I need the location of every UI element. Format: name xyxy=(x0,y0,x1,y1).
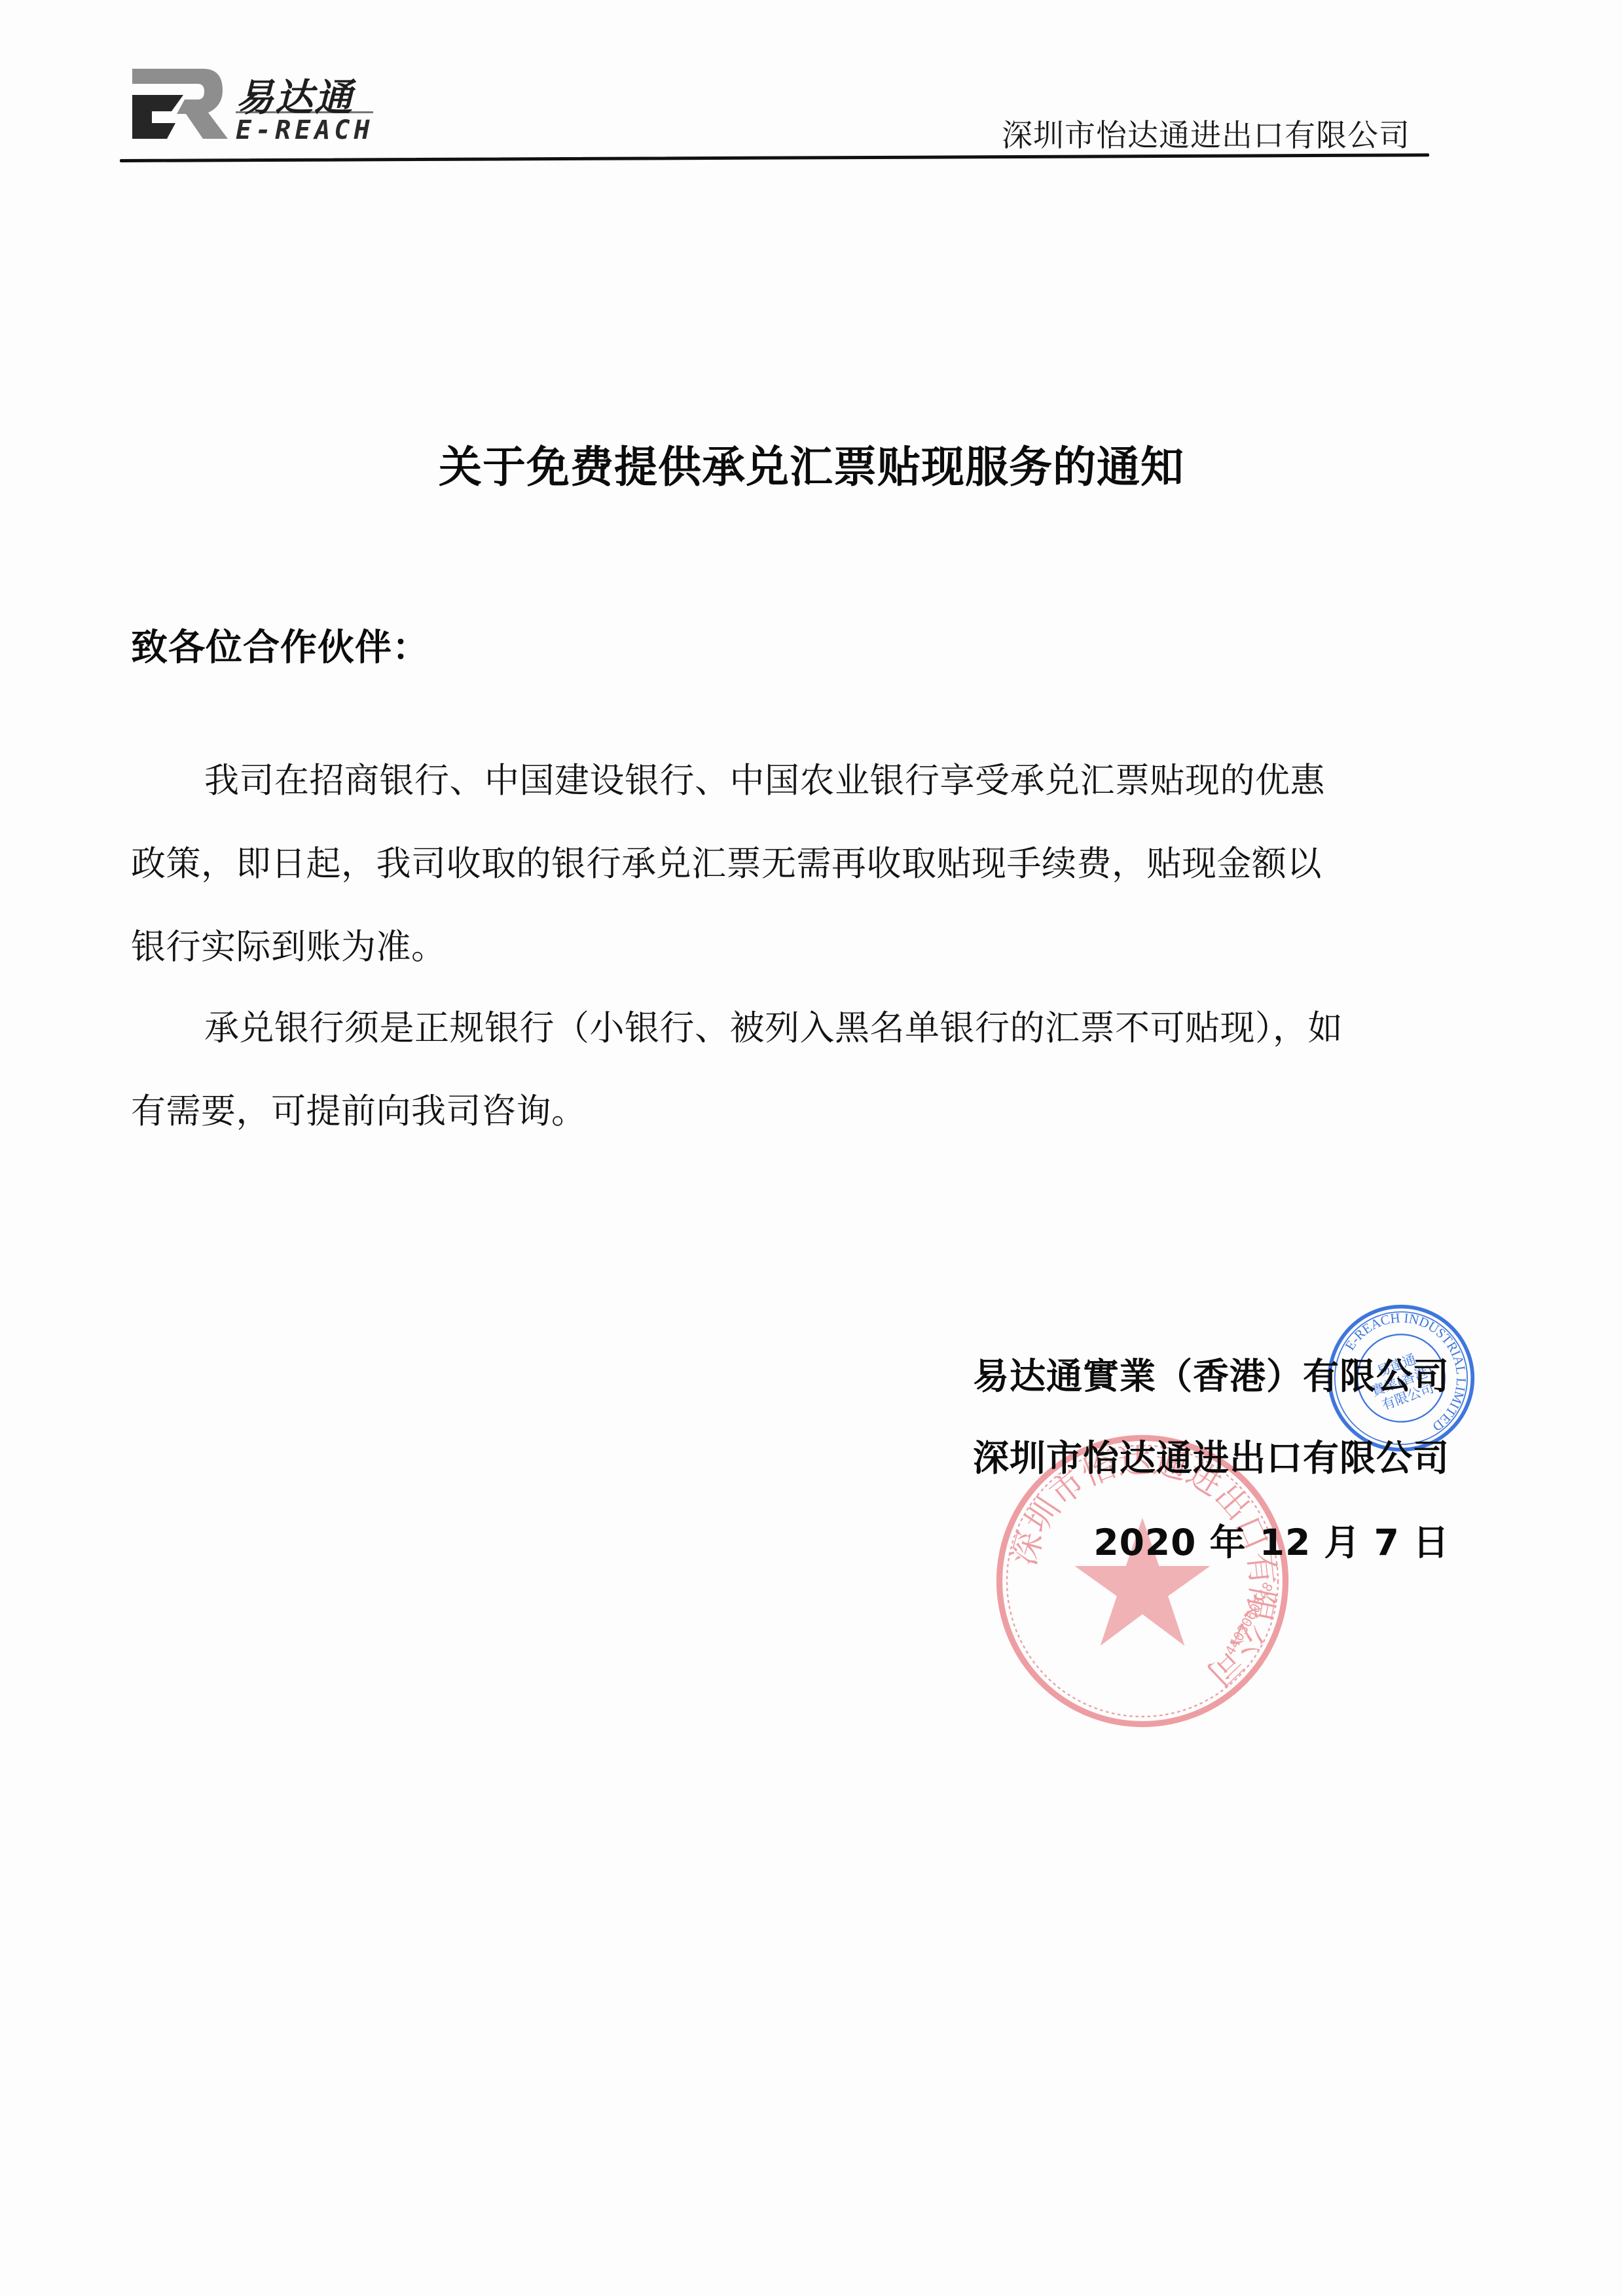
signature-company-sz: 深圳市怡达通进出口有限公司 xyxy=(973,1429,1450,1481)
paragraph-1-line-1: 我司在招商银行、中国建设银行、中国农业银行享受承兑汇票贴现的优惠 xyxy=(204,753,1325,803)
signature-company-hk: 易达通實業（香港）有限公司 xyxy=(973,1347,1450,1399)
document-page: 易达通 E-REACH 深圳市怡达通进出口有限公司 关于免费提供承兑汇票贴现服务… xyxy=(0,0,1623,2296)
paragraph-2-line-2: 有需要，可提前向我司咨询。 xyxy=(131,1084,587,1133)
logo-english-name: E-REACH xyxy=(236,115,374,145)
company-logo: 易达通 E-REACH xyxy=(131,65,380,147)
logo-chinese-name: 易达通 xyxy=(236,67,354,122)
header-divider xyxy=(120,153,1429,162)
header-company-name: 深圳市怡达通进出口有限公司 xyxy=(1002,111,1410,155)
paragraph-1-line-2: 政策，即日起，我司收取的银行承兑汇票无需再收取贴现手续费，贴现金额以 xyxy=(131,836,1322,886)
signature-date: 2020 年 12 月 7 日 xyxy=(1093,1514,1450,1565)
paragraph-2-line-1: 承兑银行须是正规银行（小银行、被列入黑名单银行的汇票不可贴现），如 xyxy=(204,1000,1343,1050)
document-title: 关于免费提供承兑汇票贴现服务的通知 xyxy=(0,432,1623,494)
salutation: 致各位合作伙伴： xyxy=(131,619,429,671)
paragraph-1-line-3: 银行实际到账为准。 xyxy=(131,919,447,969)
